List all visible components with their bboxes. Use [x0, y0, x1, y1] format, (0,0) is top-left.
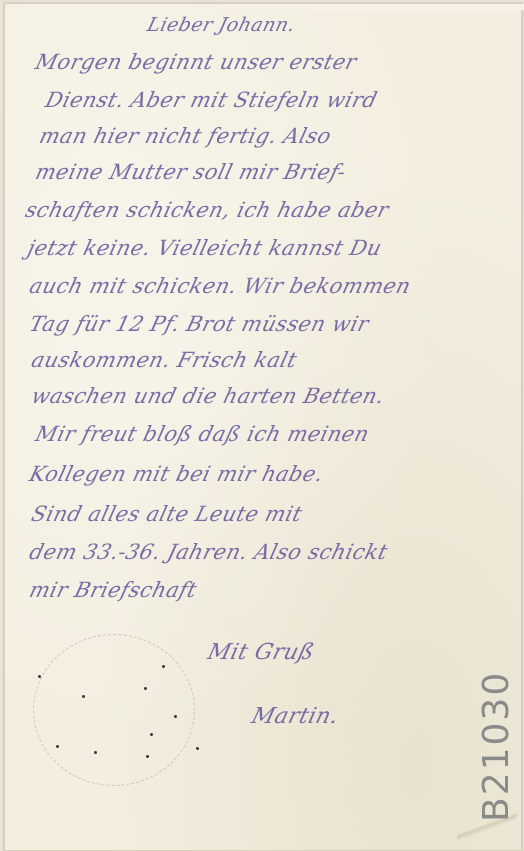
- letter-line: dem 33.-36. Jahren. Also schickt: [27, 540, 390, 564]
- letter-line: Sind alles alte Leute mit: [29, 502, 305, 526]
- postmark-stamp: [33, 634, 195, 786]
- corner-crease: [457, 806, 517, 846]
- archive-number: B21030: [477, 652, 517, 822]
- letter-line: meine Mutter soll mir Brief-: [33, 160, 349, 184]
- letter-line: waschen und die harten Betten.: [29, 384, 387, 408]
- letter-line: Morgen beginnt unser erster: [33, 50, 359, 74]
- letter-line: auch mit schicken. Wir bekommen: [27, 274, 413, 298]
- postcard: Lieber Johann. Morgen beginnt unser erst…: [4, 3, 522, 851]
- letter-line: schaften schicken, ich habe aber: [23, 198, 391, 222]
- torn-edge: [220, 4, 524, 10]
- letter-line: mir Briefschaft: [27, 578, 200, 602]
- letter-line: Kollegen mit bei mir habe.: [27, 462, 326, 486]
- closing: Mit Gruß: [205, 640, 317, 665]
- letter-line: Mir freut bloß daß ich meinen: [33, 422, 372, 446]
- letter-line: man hier nicht fertig. Also: [37, 124, 334, 148]
- signature: Martin.: [249, 704, 341, 729]
- letter-line: jetzt keine. Vielleicht kannst Du: [25, 236, 384, 260]
- letter-line: auskommen. Frisch kalt: [29, 348, 300, 372]
- letter-line: Dienst. Aber mit Stiefeln wird: [43, 88, 380, 112]
- salutation: Lieber Johann.: [145, 14, 298, 36]
- letter-line: Tag für 12 Pf. Brot müssen wir: [27, 312, 371, 336]
